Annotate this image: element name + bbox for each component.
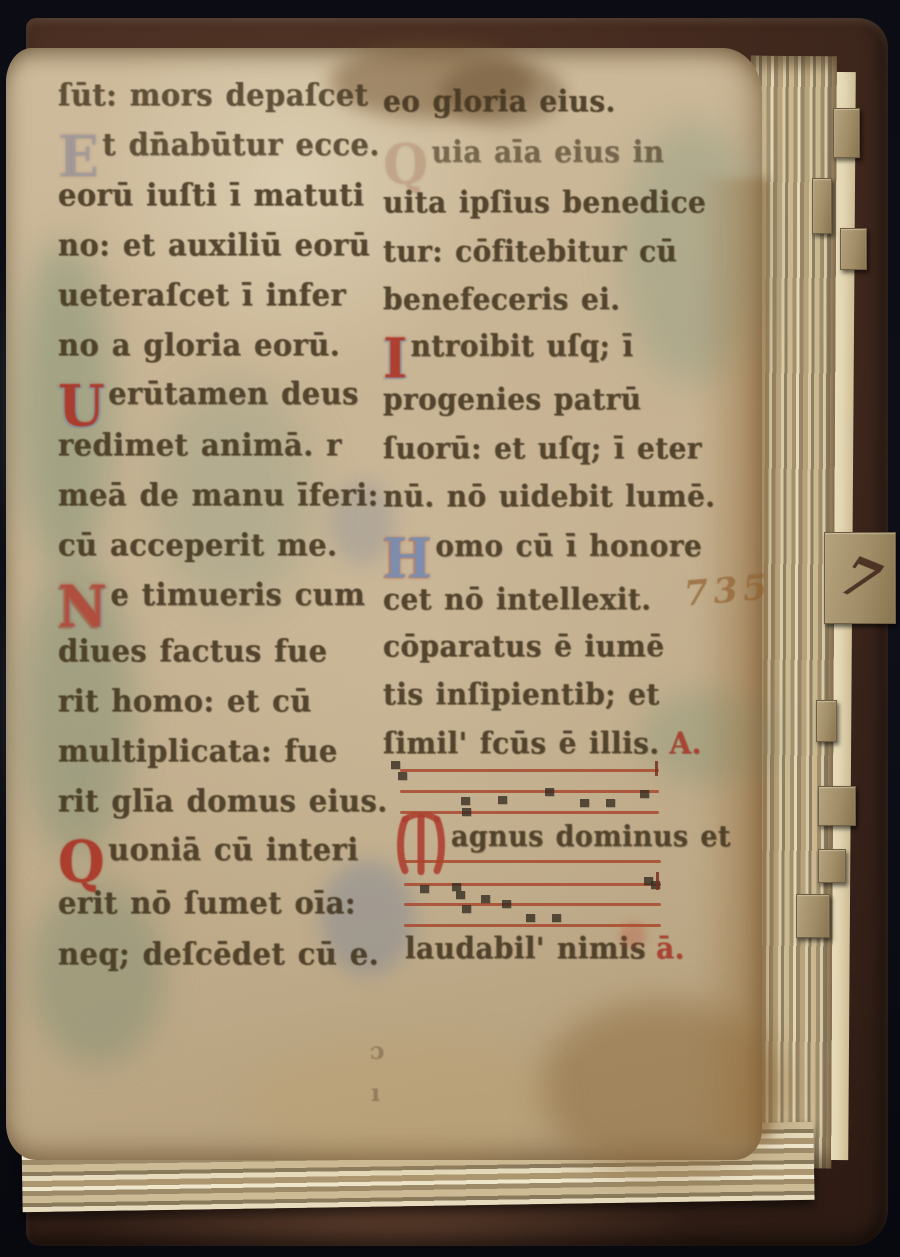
neume <box>606 799 615 807</box>
line-text: t dn̄abūtur ecce. <box>102 127 380 163</box>
neume <box>452 883 461 891</box>
manuscript-text-line: nū. nō uidebit lumē. <box>383 479 715 514</box>
line-text: tur: cōfitebitur cū <box>383 234 677 269</box>
index-tab <box>840 228 867 270</box>
line-text: diues factus fue <box>58 633 328 669</box>
manuscript-text-line: redimet animā. r <box>58 427 342 463</box>
tab-ink-mark: 7 <box>825 544 894 612</box>
staff-end-tick <box>656 872 659 890</box>
neume <box>461 797 470 805</box>
line-text: ueteraſcet ī infer <box>58 277 346 313</box>
index-tab <box>818 786 856 826</box>
staff-line <box>400 790 659 793</box>
manuscript-text-line: benefeceris ei. <box>383 282 620 317</box>
manuscript-text-line: Et dn̄abūtur ecce. <box>58 127 380 178</box>
manuscript-text-line: tur: cōfitebitur cū <box>383 234 677 269</box>
neume <box>552 914 561 922</box>
manuscript-text-line: cet nō intellexit. <box>383 582 651 617</box>
illuminated-initial: N <box>58 588 107 628</box>
line-text: rit glīa domus eius. <box>58 783 388 819</box>
line-text: redimet animā. r <box>58 427 342 463</box>
line-text: rit homo: et cū <box>58 683 312 719</box>
pen-trial-mark: ı <box>371 1078 380 1107</box>
manuscript-text-line: cū acceperit me. <box>58 527 338 563</box>
manuscript-text-line: ſimil' fcūs ē illis.A. <box>383 726 702 761</box>
line-text: meā de manu īferi: <box>58 477 379 513</box>
manuscript-text-line: Quoniā cū interi <box>58 832 359 883</box>
neume <box>640 790 649 798</box>
manuscript-text-line: eo gloria eius. <box>383 84 616 119</box>
manuscript-text-line: Homo cū ī honore <box>383 529 702 579</box>
line-text: tis inſipientib; et <box>383 677 660 712</box>
stain <box>250 1040 555 1165</box>
staff-line <box>404 860 661 863</box>
neume <box>580 799 589 807</box>
line-text: nū. nō uidebit lumē. <box>383 479 715 514</box>
manuscript-text-line: rit glīa domus eius. <box>58 783 388 819</box>
folio-number: 735 <box>682 566 773 615</box>
line-text: ſuorū: et uſq; ī eter <box>383 431 702 466</box>
page-curvature-shadow <box>694 178 770 1138</box>
index-tab <box>816 700 837 742</box>
manuscript-text-line: erit nō ſumet oīa: <box>58 885 356 921</box>
illuminated-initial-M <box>396 812 446 876</box>
line-text: eo gloria eius. <box>383 84 616 119</box>
line-text: agnus dominus et <box>451 821 731 854</box>
line-text: uia aīa eius in <box>432 135 665 170</box>
rubric-mark: A. <box>670 726 702 761</box>
line-text: no a gloria eorū. <box>58 327 340 363</box>
line-text: progenies patrū <box>383 382 641 417</box>
line-text: cōparatus ē iumē <box>383 629 665 664</box>
line-text: uoniā cū interi <box>108 832 359 868</box>
marked-index-tab: 7 <box>824 532 896 624</box>
neume <box>545 788 554 796</box>
neume <box>481 895 490 903</box>
manuscript-text-line: progenies patrū <box>383 382 641 417</box>
line-text: eorū iuſti ī matuti <box>58 177 364 213</box>
manuscript-text-line: Ne timueris cum <box>58 577 365 628</box>
neume <box>462 905 471 913</box>
neume <box>391 761 400 769</box>
illuminated-initial: Q <box>383 146 429 184</box>
staff-line <box>400 811 659 814</box>
line-text: ſimil' fcūs ē illis. <box>383 726 660 761</box>
manuscript-text-line: multiplicata: fue <box>58 733 338 769</box>
index-tab <box>833 108 860 158</box>
illuminated-initial: U <box>58 387 105 427</box>
manuscript-text-line: neq; deſcēdet cū e. <box>58 936 379 972</box>
red-ink-smudge <box>620 922 646 948</box>
manuscript-text-line: Introibit uſq; ī <box>383 329 634 379</box>
manuscript-text-line: uita ipſius benedice <box>383 185 706 220</box>
manuscript-text-line: no: et auxiliū eorū <box>58 227 370 263</box>
index-tab <box>796 894 830 938</box>
manuscript-text-line: rit homo: et cū <box>58 683 312 719</box>
manuscript-text-line: no a gloria eorū. <box>58 327 340 363</box>
neume <box>462 808 471 816</box>
manuscript-text-line: agnus dominus et <box>396 812 731 876</box>
pen-trial-mark: ɔ <box>370 1036 385 1065</box>
line-text: uita ipſius benedice <box>383 185 706 220</box>
staff-line <box>404 883 661 886</box>
manuscript-text-line: diues factus fue <box>58 633 328 669</box>
manuscript-text-line: Uerūtamen deus <box>58 376 359 427</box>
manuscript-text-line: ueteraſcet ī infer <box>58 277 346 313</box>
manuscript-text-line: eorū iuſti ī matuti <box>58 177 364 213</box>
neume <box>398 772 407 780</box>
manuscript-text-line: Quia aīa eius in <box>383 135 664 185</box>
manuscript-text-line: ſūt: mors depaſcet <box>58 77 368 113</box>
illuminated-initial: H <box>383 540 432 578</box>
neume <box>502 900 511 908</box>
manuscript-text-line: tis inſipientib; et <box>383 677 660 712</box>
neume <box>526 914 535 922</box>
manuscript-photograph: ſūt: mors depaſcetEt dn̄abūtur ecce.eorū… <box>0 0 900 1257</box>
line-text: erit nō ſumet oīa: <box>58 885 356 921</box>
manuscript-text-line: cōparatus ē iumē <box>383 629 665 664</box>
manuscript-text-line: meā de manu īferi: <box>58 477 379 513</box>
neume <box>420 885 429 893</box>
line-text: ſūt: mors depaſcet <box>58 77 368 113</box>
index-tab <box>818 849 846 883</box>
rubric-mark: ā. <box>656 931 685 966</box>
line-text: no: et auxiliū eorū <box>58 227 370 263</box>
line-text: omo cū ī honore <box>435 529 702 564</box>
illuminated-initial: E <box>58 138 99 178</box>
line-text: cet nō intellexit. <box>383 582 651 617</box>
line-text: e timueris cum <box>110 577 365 613</box>
line-text: multiplicata: fue <box>58 733 338 769</box>
staff-line <box>400 769 659 772</box>
line-text: ntroibit uſq; ī <box>411 329 634 364</box>
illuminated-initial: Q <box>58 843 105 883</box>
line-text: erūtamen deus <box>108 376 359 412</box>
index-tab <box>812 178 832 234</box>
neume <box>456 891 465 899</box>
line-text: cū acceperit me. <box>58 527 338 563</box>
manuscript-text-line: ſuorū: et uſq; ī eter <box>383 431 702 466</box>
staff-line <box>404 903 661 906</box>
illuminated-initial: I <box>383 340 408 378</box>
line-text: neq; deſcēdet cū e. <box>58 936 379 972</box>
line-text: laudabil' nimis <box>405 931 646 966</box>
line-text: benefeceris ei. <box>383 282 620 317</box>
staff-end-tick <box>655 761 658 776</box>
neume <box>498 796 507 804</box>
